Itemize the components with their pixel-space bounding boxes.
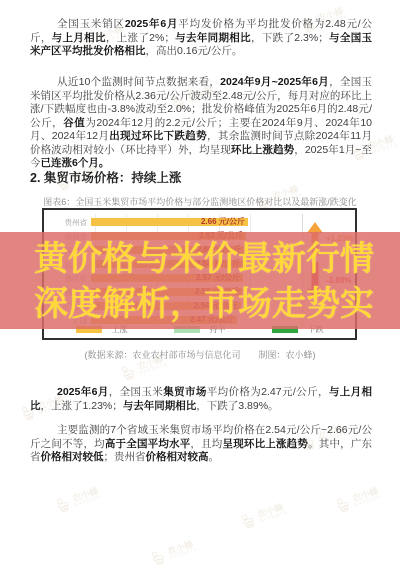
banner-title-line1: 黄价格与米价最新行情 (34, 237, 400, 282)
watermark-bee-icon: 农小蜂NXFDATA (149, 538, 199, 565)
overlay-title-banner: 黄价格与米价最新行情 深度解析，市场走势实 (0, 232, 400, 329)
paragraph-province-comparison: 主要监测的7个省域玉米集贸市场平均价格在2.54元/公斤~2.66元/公斤之间不… (30, 424, 372, 465)
watermark-bee-icon: 农小蜂NXFDATA (334, 485, 384, 514)
watermark-bee-icon: 农小蜂NXFDATA (239, 501, 289, 530)
paragraph-market-summary: 2025年6月，全国玉米集贸市场平均价格为2.47元/公斤，与上月相比，上涨了1… (30, 386, 372, 413)
paragraph-wholesale-trend: 从近10个监测时间节点数据来看，2024年9月~2025年6月，全国玉米销区平均… (30, 76, 372, 171)
banner-title-line2: 深度解析，市场走势实 (34, 282, 400, 327)
section-heading: 2. 集贸市场价格：持续上涨 (30, 168, 372, 186)
chart-caption: 图表6：全国玉米集贸市场平均价格与部分监测地区价格对比以及最新涨/跌变化 (0, 195, 400, 208)
chart-bar-value: 2.66 元/公斤 (201, 217, 245, 227)
article-page: 农小蜂NXFDATA农小蜂NXFDATA农小蜂NXFDATA农小蜂NXFDATA… (0, 0, 400, 565)
paragraph-wholesale-summary: 全国玉米销区2025年6月平均发价格为平均批发价格为2.48元/公斤，与上月相比… (30, 18, 372, 59)
data-source-note: (数据来源：农业农村部市场与信息化司 制图：农小蜂) (0, 348, 400, 361)
chart-row-label: 贵州省 (44, 217, 91, 228)
watermark-bee-icon: 农小蜂NXFDATA (54, 485, 104, 514)
chart-bar: 2.66 元/公斤 (91, 218, 248, 226)
